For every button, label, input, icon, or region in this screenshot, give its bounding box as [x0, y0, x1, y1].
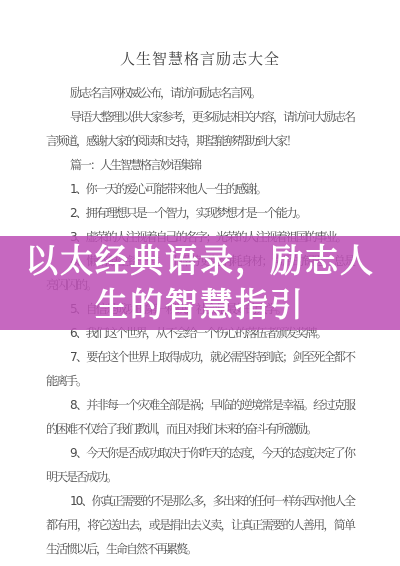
page-title: 人生智慧格言励志大全 — [0, 0, 400, 69]
paragraph: 1、你一天的爱心可能带来他人一生的感谢。 — [46, 177, 354, 201]
paragraph: 励志名言网权威公布，请访问励志名言网。 — [46, 81, 354, 105]
caption-overlay-line1: 以太经典语录，励志人 — [25, 239, 375, 283]
paragraph: 8、并非每一个灾难全部是祸；早临的逆境常是幸福。经过克服的困难不仅给了我们教训，… — [46, 393, 354, 441]
paragraph: 9、今天你是否成功取决于你昨天的态度，今天的态度决定了你明天是否成功。 — [46, 441, 354, 489]
document-page: 人生智慧格言励志大全 励志名言网权威公布，请访问励志名言网。导语大整理以供大家参… — [0, 0, 400, 566]
paragraph: 导语大整理以供大家参考，更多励志相关内容，请访问大励志名言频道，感谢大家的阅读和… — [46, 105, 354, 153]
paragraph: 10、你真正需要的不是那么多，多出来的任何一样东西对他人全都有用，将它送出去，或… — [46, 489, 354, 561]
caption-overlay-banner: 以太经典语录，励志人 生的智慧指引 — [0, 236, 400, 330]
caption-overlay-line2: 生的智慧指引 — [95, 283, 305, 327]
paragraph: 2、拥有理想只是一个智力，实现梦想才是一个能力。 — [46, 201, 354, 225]
paragraph: 7、要在这个世界上取得成功，就必需坚持到底；剑至死全都不能离手。 — [46, 345, 354, 393]
paragraph: 篇一：人生智慧格言妙语集锦 — [46, 153, 354, 177]
